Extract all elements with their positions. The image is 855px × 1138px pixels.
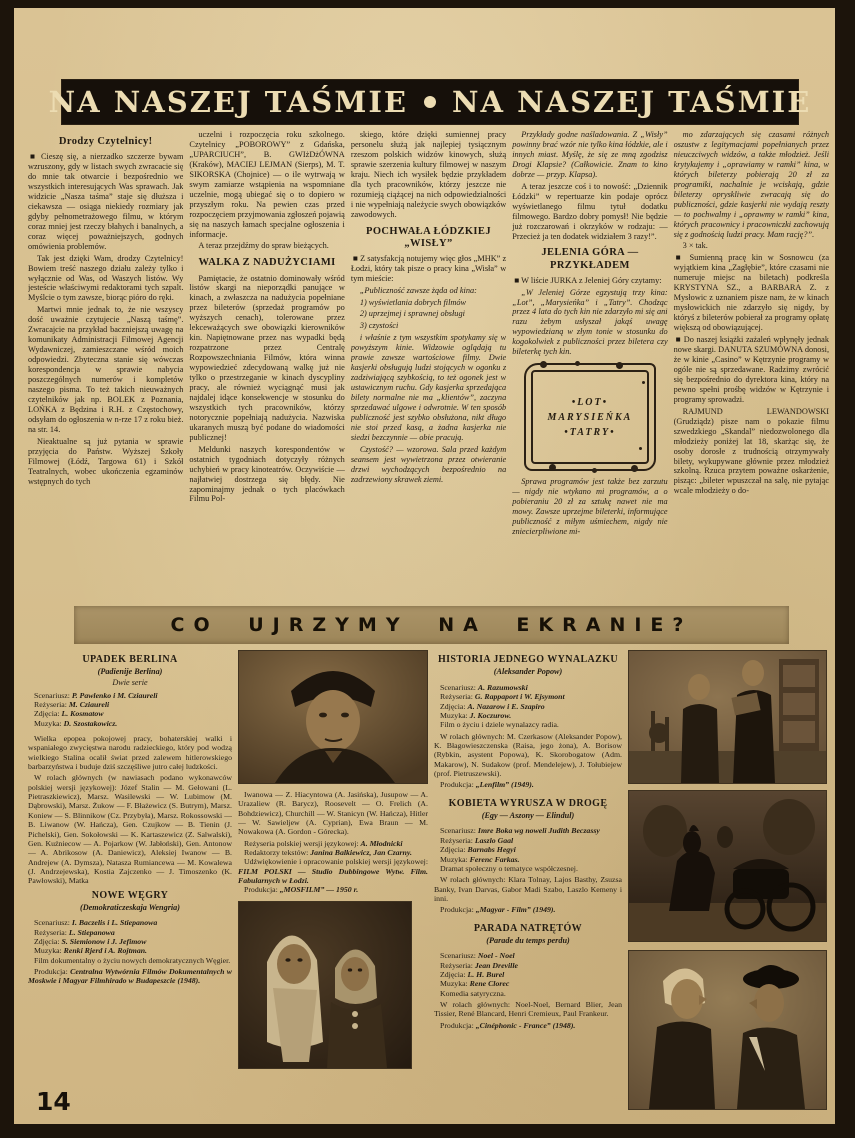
screen-section: UPADEK BERLINA (Padienije Berlina) Dwie … (14, 644, 835, 1120)
magazine-page: NA NASZEJ TAŚMIE NA NASZEJ TAŚMIE Drodzy… (14, 8, 835, 1124)
credit-line: Scenariusz: Noel - Noel (434, 951, 622, 960)
paragraph: ■ Do naszej książki zażaleń wpłynęły jed… (674, 335, 829, 405)
paragraph: Nieaktualne są już pytania w sprawie prz… (28, 437, 183, 487)
film-column-2: Iwanowa — Z. Hiacyntowa (A. Jasińska), J… (238, 650, 428, 1120)
film-title-parada: PARADA NATRĘTÓW (434, 923, 622, 935)
film-original-title: (Padienije Berlina) (28, 667, 232, 677)
editorial-column-1: Drodzy Czytelnicy! ■ Cieszę się, a nierz… (28, 130, 183, 598)
photo-two-women-folk-costume (238, 901, 412, 1069)
credit-line: Muzyka: Rene Clorec (434, 979, 622, 988)
section-heading-jelenia: JELENIA GÓRA — (512, 247, 667, 259)
paragraph: A teraz jeszcze coś i to nowość: „Dzienn… (512, 182, 667, 242)
credit-line: Scenariusz: Imre Boka wg noweli Judith B… (434, 826, 622, 835)
film-column-4 (628, 650, 827, 1120)
credit-line: Reżyseria: G. Rappaport i W. Ejsymont (434, 692, 622, 701)
list-item: 3) czystości (351, 321, 506, 331)
page-number: 14 (36, 1087, 71, 1116)
cinema-names-text: •LOT• MARYSIEŃKA •TATRY• (548, 395, 633, 440)
credit-line: Zdjęcia: Barnabs Hegyi (434, 845, 622, 854)
cinema-name-marysienka: MARYSIEŃKA (548, 410, 633, 425)
screen-section-banner: CO UJRZYMY NA EKRANIE? (74, 606, 789, 644)
film-title-kobieta: KOBIETA WYRUSZA W DROGĘ (434, 798, 622, 810)
credit-line: Scenariusz: P. Pawlenko i M. Cziaureli (28, 691, 232, 700)
production-line: Produkcja: Centralna Wytwórnia Filmów Do… (28, 967, 232, 986)
credit-line: Zdjęcia: A. Nazarow i E. Szapiro (434, 702, 622, 711)
film-synopsis: Komedia satyryczna. (434, 989, 622, 998)
editorial-column-2: uczelni i rozpoczęcia roku szkolnego. Cz… (189, 130, 344, 598)
film-synopsis: Wielka epopea pokojowej pracy, bohatersk… (28, 734, 232, 771)
film-column-1: UPADEK BERLINA (Padienije Berlina) Dwie … (28, 650, 232, 1120)
cinema-name-tatry: •TATRY• (548, 425, 633, 440)
film-title-historia: HISTORIA JEDNEGO WYNALAZKU (434, 654, 622, 666)
paragraph: A teraz przejdźmy do spraw bieżących. (189, 241, 344, 251)
credit-line: Muzyka: D. Szostakowicz. (28, 719, 232, 728)
paragraph: Meldunki naszych korespondentów w ostatn… (189, 445, 344, 505)
film-original-title: (Demokraticzeskaja Wengria) (28, 903, 232, 913)
credit-line: Reżyseria: L. Stiepanowa (28, 928, 232, 937)
frame-decoration (631, 465, 638, 472)
greeting-heading: Drodzy Czytelnicy! (28, 136, 183, 148)
masthead-title-right: NA NASZEJ TAŚMIE (452, 85, 811, 119)
paragraph: ■ W liście JURKA z Jeleniej Góry czytamy… (512, 276, 667, 286)
masthead-title-left: NA NASZEJ TAŚMIE (49, 85, 408, 119)
cinema-name-lot: •LOT• (548, 395, 633, 410)
paragraph: Martwi mnie jednak to, że nie wszyscy do… (28, 305, 183, 434)
credit-line: Muzyka: J. Koczurow. (434, 711, 622, 720)
editorial-column-5: mo zdarzających się czasami różnych oszu… (674, 130, 829, 598)
photo-horse-carriage-scene (628, 790, 827, 942)
dubbing-line: Redaktorzy tekstów: Janina Balkiewicz, J… (238, 848, 428, 857)
film-synopsis: Dramat społeczny o tematyce współczesnej… (434, 864, 622, 873)
film-cast: W rolach głównych: Noel-Noel, Bernard Bl… (434, 1000, 622, 1019)
credit-line: Muzyka: Renki Rjerd i A. Rojtman. (28, 946, 232, 955)
reader-quote: „Publiczność zawsze żąda od kina: (351, 286, 506, 296)
reader-quote: Sprawa programów jest także bez zarzutu … (512, 477, 667, 537)
reader-quote: i właśnie z tym wszystkim spotykamy się … (351, 333, 506, 442)
credit-line: Zdjęcia: L. H. Burel (434, 970, 622, 979)
film-cast-continued: Iwanowa — Z. Hiacyntowa (A. Jasińska), J… (238, 790, 428, 837)
masthead: NA NASZEJ TAŚMIE NA NASZEJ TAŚMIE (62, 80, 798, 124)
paragraph: Tak jest dzięki Wam, drodzy Czytelnicy! … (28, 254, 183, 304)
credit-line: Reżyseria: Jean Dreville (434, 961, 622, 970)
production-line: Produkcja: „MOSFILM” — 1950 r. (238, 885, 428, 894)
section-heading-walka: WALKA Z NADUŻYCIAMI (189, 257, 344, 269)
credit-line: Scenariusz: A. Razumowski (434, 683, 622, 692)
production-line: Produkcja: „Cinéphonic - France” (1948). (434, 1021, 622, 1030)
paragraph: ■ Cieszę się, a nierzadko szczerze bywam… (28, 152, 183, 252)
paragraph: ■ Z satysfakcją notujemy więc głos „MHK”… (351, 254, 506, 284)
dubbing-line: Reżyseria polskiej wersji językowej: A. … (238, 839, 428, 848)
editorial-column-4: Przykłady godne naśladowania. Z „Wisły” … (512, 130, 667, 598)
production-line: Produkcja: „Magyar - Film” (1949). (434, 905, 622, 914)
production-line: Produkcja: „Lenfilm” (1949). (434, 780, 622, 789)
masthead-dot-icon (424, 96, 436, 108)
photo-laboratory-scene (628, 650, 827, 784)
editorial-section: Drodzy Czytelnicy! ■ Cieszę się, a nierz… (14, 124, 835, 598)
film-note: Dwie serie (28, 678, 232, 688)
cinema-names-illustration: •LOT• MARYSIEŃKA •TATRY• (524, 363, 656, 471)
credit-line: Zdjęcia: S. Siemionow i J. Jefimow (28, 937, 232, 946)
reader-quote: „W Jeleniej Górze egzystują trzy kina: „… (512, 288, 667, 358)
paragraph: uczelni i rozpoczęcia roku szkolnego. Cz… (189, 130, 344, 239)
list-item: 1) wyświetlania dobrych filmów (351, 298, 506, 308)
reader-quote: mo zdarzających się czasami różnych oszu… (674, 130, 829, 239)
credit-line: Muzyka: Ferenc Farkas. (434, 855, 622, 864)
film-cast: W rolach głównych (w nawiasach podano wy… (28, 773, 232, 885)
reader-quote: Przykłady godne naśladowania. Z „Wisły” … (512, 130, 667, 180)
credit-line: Scenariusz: I. Baczelis i L. Stiepanowa (28, 918, 232, 927)
film-original-title: (Egy — Aszony — Elindul) (434, 811, 622, 821)
dubbing-line: Udźwiękowienie i opracowanie polskiej we… (238, 857, 428, 885)
editorial-column-3: skiego, które dzięki sumiennej pracy per… (351, 130, 506, 598)
photo-soldier-portrait (238, 650, 428, 784)
section-heading-pochwala: POCHWAŁA ŁÓDZKIEJ (351, 226, 506, 238)
film-synopsis: Film o życiu i dziele wynalazcy radia. (434, 720, 622, 729)
section-heading-jelenia-2: PRZYKŁADEM (512, 260, 667, 272)
film-title-nowe-wegry: NOWE WĘGRY (28, 890, 232, 902)
film-cast: W rolach głównych: Klara Tolnay, Lajos B… (434, 875, 622, 903)
reader-quote: Czystość? — wzorowa. Sala przed każdym s… (351, 445, 506, 485)
film-original-title: (Parade du temps perdu) (434, 936, 622, 946)
screen-section-title: CO UJRZYMY NA EKRANIE? (171, 614, 693, 636)
film-title-upadek-berlina: UPADEK BERLINA (28, 654, 232, 666)
paragraph: RAJMUND LEWANDOWSKI (Grudziądz) pisze na… (674, 407, 829, 497)
frame-decoration (540, 361, 547, 368)
paragraph: skiego, które dzięki sumiennej pracy per… (351, 130, 506, 220)
film-synopsis: Film dokumentalny o życiu nowych demokra… (28, 956, 232, 965)
film-original-title: (Aleksander Popow) (434, 667, 622, 677)
section-heading-pochwala-2: „WISŁY” (351, 238, 506, 250)
credit-line: Reżyseria: M. Cziaureli (28, 700, 232, 709)
credit-line: Reżyseria: Laszlo Gaal (434, 836, 622, 845)
paragraph: 3 × tak. (674, 241, 829, 251)
film-cast: W rolach głównych: M. Czerkasow (Aleksan… (434, 732, 622, 779)
film-column-3: HISTORIA JEDNEGO WYNALAZKU (Aleksander P… (434, 650, 622, 1120)
photo-two-men-bowler-hat (628, 950, 827, 1110)
paragraph: ■ Sumienną pracę kin w Sosnowcu (za wyją… (674, 253, 829, 333)
list-item: 2) uprzejmej i sprawnej obsługi (351, 309, 506, 319)
paragraph: Pamiętacie, że ostatnio dominowały wśród… (189, 274, 344, 443)
credit-line: Zdjęcia: L. Kosmatow (28, 709, 232, 718)
